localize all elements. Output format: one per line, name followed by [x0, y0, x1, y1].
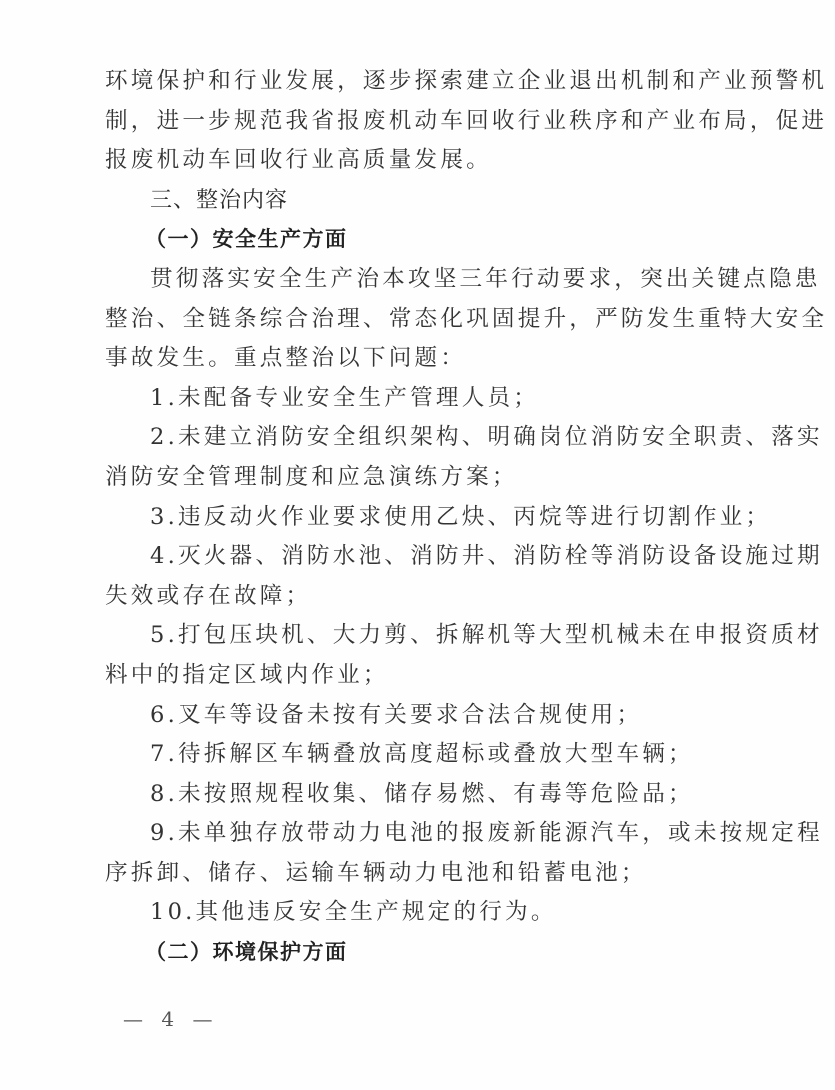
- subsection-heading-safety: （一）安全生产方面: [105, 220, 735, 260]
- document-body: 环境保护和行业发展，逐步探索建立企业退出机制和产业预警机 制，进一步规范我省报废…: [105, 62, 735, 973]
- paragraph-line: 报废机动车回收行业高质量发展。: [105, 141, 735, 181]
- list-item-2-cont: 消防安全管理制度和应急演练方案；: [105, 458, 735, 498]
- list-item-9: 9.未单独存放带动力电池的报废新能源汽车，或未按规定程: [105, 814, 735, 854]
- list-item-4-cont: 失效或存在故障；: [105, 577, 735, 617]
- paragraph-line: 制，进一步规范我省报废机动车回收行业秩序和产业布局，促进: [105, 102, 735, 142]
- list-item-6: 6.叉车等设备未按有关要求合法合规使用；: [105, 696, 735, 736]
- document-page: 环境保护和行业发展，逐步探索建立企业退出机制和产业预警机 制，进一步规范我省报废…: [0, 0, 835, 1090]
- intro-line: 事故发生。重点整治以下问题：: [105, 339, 735, 379]
- list-item-1: 1.未配备专业安全生产管理人员；: [105, 379, 735, 419]
- list-item-4: 4.灭火器、消防水池、消防井、消防栓等消防设备设施过期: [105, 537, 735, 577]
- intro-line: 整治、全链条综合治理、常态化巩固提升，严防发生重特大安全: [105, 300, 735, 340]
- list-item-3: 3.违反动火作业要求使用乙炔、丙烷等进行切割作业；: [105, 498, 735, 538]
- section-heading: 三、整治内容: [105, 181, 735, 221]
- list-item-8: 8.未按照规程收集、储存易燃、有毒等危险品；: [105, 775, 735, 815]
- list-item-2: 2.未建立消防安全组织架构、明确岗位消防安全职责、落实: [105, 418, 735, 458]
- subsection-heading-environment: （二）环境保护方面: [105, 933, 735, 973]
- paragraph-line: 环境保护和行业发展，逐步探索建立企业退出机制和产业预警机: [105, 62, 735, 102]
- list-item-5-cont: 料中的指定区域内作业；: [105, 656, 735, 696]
- intro-line: 贯彻落实安全生产治本攻坚三年行动要求，突出关键点隐患: [105, 260, 735, 300]
- page-number: — 4 —: [123, 1007, 218, 1031]
- list-item-5: 5.打包压块机、大力剪、拆解机等大型机械未在申报资质材: [105, 616, 735, 656]
- list-item-9-cont: 序拆卸、储存、运输车辆动力电池和铅蓄电池；: [105, 854, 735, 894]
- list-item-10: 10.其他违反安全生产规定的行为。: [105, 893, 735, 933]
- list-item-7: 7.待拆解区车辆叠放高度超标或叠放大型车辆；: [105, 735, 735, 775]
